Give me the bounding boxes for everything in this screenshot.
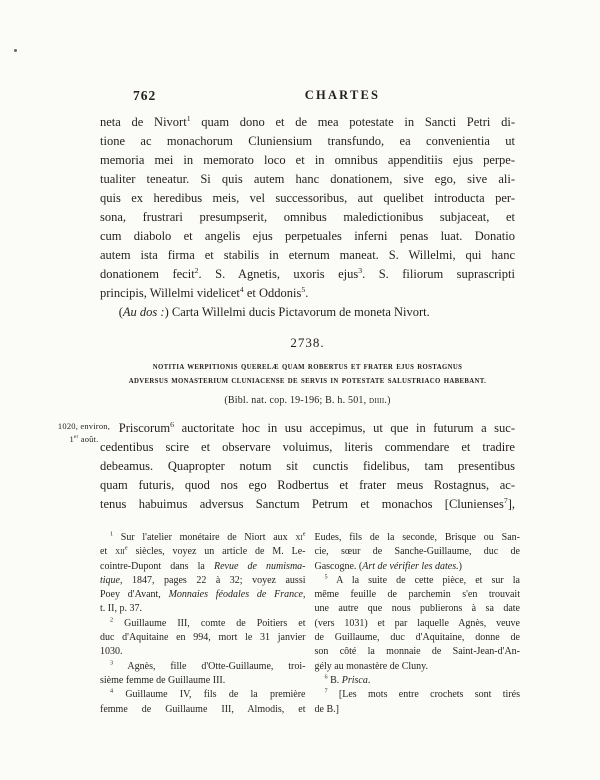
footnote-1: 1 Sur l'atelier monétaire de Niort aux x… bbox=[100, 531, 306, 617]
text-line: duc d'Aquitaine en 994, mort le 31 janvi… bbox=[100, 631, 306, 645]
text-line: memoria mei in memorato loco et in omnib… bbox=[100, 151, 515, 170]
text-line: son côté la monnaie de Saint-Jean-d'An- bbox=[315, 645, 521, 659]
footnote-4-continuation: Eudes, fils de la seconde, Brisque ou Sa… bbox=[315, 531, 521, 574]
text-line: Eudes, fils de la seconde, Brisque ou Sa… bbox=[315, 531, 521, 545]
charter-rubric-line-2: ADVERSUS MONASTERIUM CLUNIACENSE DE SERV… bbox=[100, 375, 515, 389]
page-header: 762 CHARTES bbox=[100, 88, 515, 108]
text-line: tualiter teneatur. Si quis autem hanc do… bbox=[100, 170, 515, 189]
text-line: 1 Sur l'atelier monétaire de Niort aux x… bbox=[100, 531, 306, 545]
text-line: t. II, p. 37. bbox=[100, 602, 306, 616]
text-line: de B.] bbox=[315, 703, 521, 717]
text-line: 1030. bbox=[100, 645, 306, 659]
footnotes-section: 1 Sur l'atelier monétaire de Niort aux x… bbox=[100, 531, 520, 717]
text-column: neta de Nivort1 quam dono et de mea pote… bbox=[100, 113, 515, 514]
text-line: (vers 1031) et par laquelle Agnès, veuve bbox=[315, 617, 521, 631]
text-line: neta de Nivort1 quam dono et de mea pote… bbox=[100, 113, 515, 132]
charter-number: 2738. bbox=[100, 335, 515, 351]
text-line: 4 Guillaume IV, fils de la première bbox=[100, 688, 306, 702]
charter-rubric: NOTITIA WERPITIONIS QUERELÆ QUAM ROBERTU… bbox=[100, 361, 515, 389]
text-line: femme de Guillaume III, Almodis, et bbox=[100, 703, 306, 717]
book-page: 762 CHARTES 1020, environ, 1er août. net… bbox=[0, 0, 600, 780]
footnote-3: 3 Agnès, fille d'Otte-Guillaume, troi-si… bbox=[100, 660, 306, 689]
text-line: et xiie siècles, voyez un article de M. … bbox=[100, 545, 306, 559]
text-line: une autre que nous publierons à sa date bbox=[315, 602, 521, 616]
text-line: tique, 1847, pages 22 à 32; voyez aussi bbox=[100, 574, 306, 588]
text-line: 3 Agnès, fille d'Otte-Guillaume, troi- bbox=[100, 660, 306, 674]
text-line: donationem fecit2. S. Agnetis, uxoris ej… bbox=[100, 265, 515, 284]
charter-2738-body: Priscorum6 auctoritate hoc in usu accepi… bbox=[100, 419, 515, 514]
text-line: quam futuris, quod nos ego Rodbertus et … bbox=[100, 476, 515, 495]
text-line: principis, Willelmi videlicet4 et Oddoni… bbox=[100, 284, 515, 303]
scan-speck bbox=[14, 49, 17, 52]
charter-2737-endorsement: (Au dos :) Carta Willelmi ducis Pictavor… bbox=[100, 303, 515, 322]
text-line: gély au monastère de Cluny. bbox=[315, 660, 521, 674]
text-line: Gascogne. (Art de vérifier les dates.) bbox=[315, 560, 521, 574]
footnote-7: 7 [Les mots entre crochets sont tirésde … bbox=[315, 688, 521, 717]
footnote-5: 5 A la suite de cette pièce, et sur lamê… bbox=[315, 574, 521, 674]
text-line: Poey d'Avant, Monnaies féodales de Franc… bbox=[100, 588, 306, 602]
footnote-6: 6 B. Prisca. bbox=[315, 674, 521, 688]
text-line: sième femme de Guillaume III. bbox=[100, 674, 306, 688]
text-line: tione ac monachorum Cluniensium transfun… bbox=[100, 132, 515, 151]
text-line: cointre-Dupont dans la Revue de numisma- bbox=[100, 560, 306, 574]
charter-rubric-line-1: NOTITIA WERPITIONIS QUERELÆ QUAM ROBERTU… bbox=[100, 361, 515, 375]
footnote-2: 2 Guillaume III, comte de Poitiers etduc… bbox=[100, 617, 306, 660]
text-line: de Guillaume, duc d'Aquitaine, donne de bbox=[315, 631, 521, 645]
text-line: autem ista firma et stabilis in eternum … bbox=[100, 246, 515, 265]
footnote-4: 4 Guillaume IV, fils de la premièrefemme… bbox=[100, 688, 306, 717]
charter-2737-body: neta de Nivort1 quam dono et de mea pote… bbox=[100, 113, 515, 303]
text-line: 6 B. Prisca. bbox=[315, 674, 521, 688]
text-line: tenus habuimus adversus Sanctum Petrum e… bbox=[100, 495, 515, 514]
text-line: cedentibus scire et observare voluimus, … bbox=[100, 438, 515, 457]
text-line: sona, frustrari presumpserit, omnibus ma… bbox=[100, 208, 515, 227]
source-reference: (Bibl. nat. cop. 19-196; B. h. 501, diii… bbox=[100, 395, 515, 406]
running-title: CHARTES bbox=[100, 88, 515, 103]
text-line: 5 A la suite de cette pièce, et sur la bbox=[315, 574, 521, 588]
text-line: 7 [Les mots entre crochets sont tirés bbox=[315, 688, 521, 702]
text-line: même feuille de parchemin s'en trouvait bbox=[315, 588, 521, 602]
footnotes-column-right: Eudes, fils de la seconde, Brisque ou Sa… bbox=[315, 531, 521, 717]
text-line: debeamus. Quapropter notum sit cunctis f… bbox=[100, 457, 515, 476]
text-line: cum diabolo et angelis ejus perpetuales … bbox=[100, 227, 515, 246]
text-line: quis ex heredibus meis, vel successoribu… bbox=[100, 189, 515, 208]
footnotes-column-left: 1 Sur l'atelier monétaire de Niort aux x… bbox=[100, 531, 306, 717]
text-line: 2 Guillaume III, comte de Poitiers et bbox=[100, 617, 306, 631]
text-line: cie, sœur de Sanche-Guillaume, duc de bbox=[315, 545, 521, 559]
text-line: Priscorum6 auctoritate hoc in usu accepi… bbox=[100, 419, 515, 438]
text-line: (Au dos :) Carta Willelmi ducis Pictavor… bbox=[100, 303, 515, 322]
